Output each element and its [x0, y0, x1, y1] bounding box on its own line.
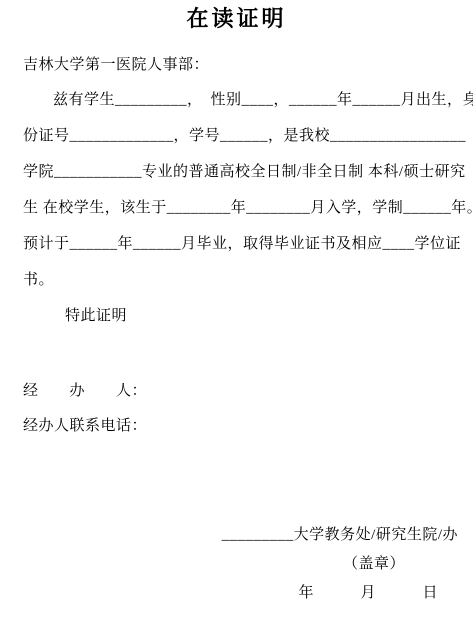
- agent-phone-label: 经办人联系电话：: [23, 416, 147, 436]
- document-title: 在读证明: [0, 2, 473, 33]
- date-line: 年 月 日: [298, 583, 438, 603]
- enrollment-certificate-document: 在读证明 吉林大学第一医院人事部： 兹有学生_________， 性别____，…: [0, 0, 473, 620]
- body-line: 生 在校学生，该生于________年________月入学，学制______年…: [23, 198, 473, 218]
- body-line: 兹有学生_________， 性别____，______年______月出生，身: [53, 90, 473, 110]
- body-line: 预计于______年______月毕业，取得毕业证书及相应____学位证: [23, 234, 461, 254]
- body-line: 书。: [23, 270, 54, 290]
- salutation-line: 吉林大学第一医院人事部：: [23, 55, 209, 75]
- body-line: 学院___________专业的普通高校全日制/非全日制 本科/硕士研究: [23, 162, 466, 182]
- issuer-signature-line: _________大学教务处/研究生院/办: [222, 525, 458, 545]
- body-line: 份证号_____________，学号______，是我校___________…: [23, 126, 466, 146]
- closing-statement: 特此证明: [65, 306, 127, 326]
- seal-note: （盖章）: [343, 554, 405, 574]
- agent-label: 经 办 人：: [23, 381, 147, 401]
